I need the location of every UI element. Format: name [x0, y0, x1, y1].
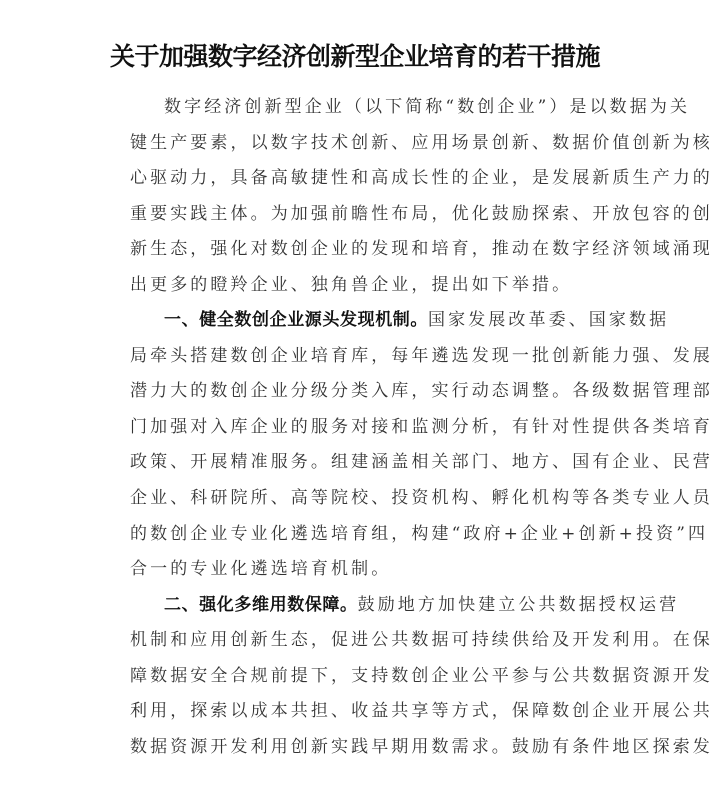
text-line: 重要实践主体。为加强前瞻性布局，优化鼓励探索、开放包容的创: [96, 197, 616, 233]
text-line: 的数创企业专业化遴选培育组，构建“政府+企业+创新+投资”四: [96, 517, 616, 553]
section-heading: 一、健全数创企业源头发现机制。: [164, 310, 428, 330]
text-line: 门加强对入库企业的服务对接和监测分析，有针对性提供各类培育: [96, 410, 616, 446]
text-line: 利用，探索以成本共担、收益共享等方式，保障数创企业开展公共: [96, 694, 616, 730]
text-line: 合一的专业化遴选培育机制。: [96, 552, 616, 588]
text-line: 数据资源开发利用创新实践早期用数需求。鼓励有条件地区探索发: [96, 730, 616, 766]
document-body: 数字经济创新型企业（以下简称“数创企业”）是以数据为关 键生产要素，以数字技术创…: [96, 90, 616, 765]
text-line: 二、强化多维用数保障。鼓励地方加快建立公共数据授权运营: [96, 588, 616, 624]
text-line: 新生态，强化对数创企业的发现和培育，推动在数字经济领域涌现: [96, 232, 616, 268]
text-line: 出更多的瞪羚企业、独角兽企业，提出如下举措。: [96, 268, 616, 304]
text-line: 潜力大的数创企业分级分类入库，实行动态调整。各级数据管理部: [96, 374, 616, 410]
text-line: 政策、开展精准服务。组建涵盖相关部门、地方、国有企业、民营: [96, 445, 616, 481]
text-line: 数字经济创新型企业（以下简称“数创企业”）是以数据为关: [96, 90, 616, 126]
text-line: 机制和应用创新生态，促进公共数据可持续供给及开发利用。在保: [96, 623, 616, 659]
text-line: 企业、科研院所、高等院校、投资机构、孵化机构等各类专业人员: [96, 481, 616, 517]
paragraph-intro: 数字经济创新型企业（以下简称“数创企业”）是以数据为关 键生产要素，以数字技术创…: [96, 90, 616, 303]
text-line: 障数据安全合规前提下，支持数创企业公平参与公共数据资源开发: [96, 659, 616, 695]
paragraph-section-2: 二、强化多维用数保障。鼓励地方加快建立公共数据授权运营 机制和应用创新生态，促进…: [96, 588, 616, 766]
paragraph-section-1: 一、健全数创企业源头发现机制。国家发展改革委、国家数据 局牵头搭建数创企业培育库…: [96, 303, 616, 587]
text-line: 心驱动力，具备高敏捷性和高成长性的企业，是发展新质生产力的: [96, 161, 616, 197]
text-line: 一、健全数创企业源头发现机制。国家发展改革委、国家数据: [96, 303, 616, 339]
section-heading: 二、强化多维用数保障。: [164, 595, 358, 615]
document-title: 关于加强数字经济创新型企业培育的若干措施: [0, 39, 710, 75]
text-line: 局牵头搭建数创企业培育库，每年遴选发现一批创新能力强、发展: [96, 339, 616, 375]
section-text: 国家发展改革委、国家数据: [428, 310, 669, 330]
text-line: 键生产要素，以数字技术创新、应用场景创新、数据价值创新为核: [96, 126, 616, 162]
section-text: 鼓励地方加快建立公共数据授权运营: [358, 595, 680, 615]
